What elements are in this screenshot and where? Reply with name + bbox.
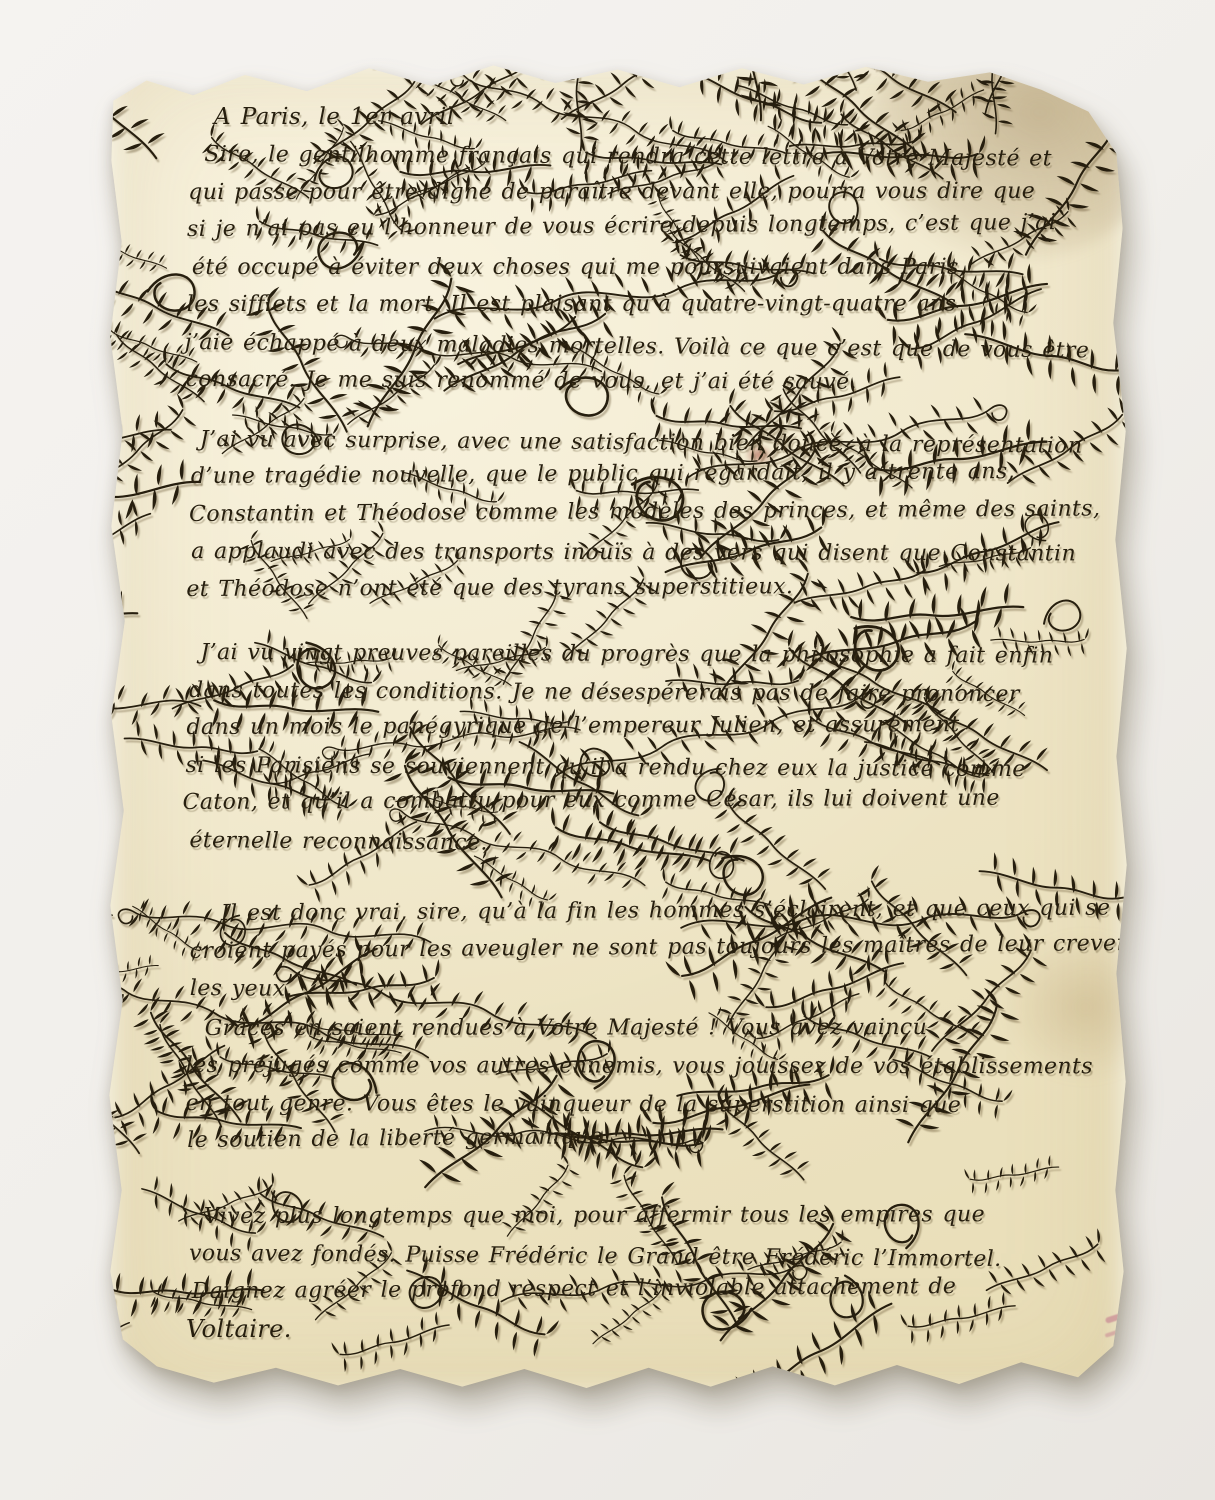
letter-paragraph: Il est donc vrai, sire, qu’à la fin les … [186, 895, 1079, 1008]
letter-signature: Voltaire. [186, 1310, 1079, 1348]
letter-line: Grâces en soient rendues à Votre Majesté… [205, 1008, 1098, 1047]
handmade-paper-sheet: A Paris, le 1er avril Sire, le gentilhom… [100, 52, 1135, 1407]
photograph-background: A Paris, le 1er avril Sire, le gentilhom… [0, 0, 1215, 1500]
letter-paragraph: Vivez plus longtemps que moi, pour affer… [186, 1198, 1079, 1311]
letter-paragraph: J’ai vu vingt preuves pareilles du progr… [186, 634, 1079, 859]
letter-line: Constantin et Théodose comme les modèles… [189, 490, 1082, 533]
letter-line: Sire, le gentilhomme français qui rendra… [204, 136, 1097, 178]
letter-line: été occupé à éviter deux choses qui me p… [192, 248, 1085, 286]
letter-text-block: A Paris, le 1er avril Sire, le gentilhom… [186, 98, 1079, 1348]
letter-paragraph: J’ai vu avec surprise, avec une satisfac… [186, 421, 1079, 609]
letter-line: et Théodose n’ont été que des tyrans sup… [186, 566, 1079, 608]
letter-line: les sifflets et la mort. Il est plaisant… [187, 285, 1080, 323]
letter-line: Daignez agréer le profond respect et l’i… [192, 1267, 1085, 1310]
letter-line: les yeux. [190, 970, 1083, 1013]
letter-line: croient payés pour les aveugler ne sont … [190, 925, 1083, 970]
letter-dateline: A Paris, le 1er avril [214, 98, 1079, 136]
letter-line: si je n’ai pas eu l’honneur de vous écri… [187, 204, 1080, 249]
letter-paragraph: Grâces en soient rendues à Votre Majesté… [186, 1010, 1079, 1160]
paper-sheet-wrap: A Paris, le 1er avril Sire, le gentilhom… [100, 52, 1135, 1407]
letter-paragraph: Sire, le gentilhomme français qui rendra… [186, 136, 1079, 399]
letter-line: éternelle reconnaissance. [189, 822, 1082, 867]
letter-line: dans un mois le panégyrique de l’empereu… [186, 706, 1079, 747]
letter-line: Caton, et qu’il a combattu pour eux comm… [183, 779, 1076, 821]
letter-line: consacré. Je me suis renommé de vous, et… [185, 361, 1078, 402]
letter-line: le soutien de la liberté germanique. [187, 1114, 1080, 1160]
letter-line: Vivez plus longtemps que moi, pour affer… [204, 1195, 1097, 1235]
letter-line: J’ai vu vingt preuves pareilles du progr… [200, 634, 1093, 675]
letter-body: Sire, le gentilhomme français qui rendra… [186, 136, 1079, 1310]
letter-line: d’une tragédie nouvelle, que le public q… [191, 453, 1084, 496]
letter-line: les préjugés comme vos autres ennemis, v… [186, 1047, 1079, 1086]
